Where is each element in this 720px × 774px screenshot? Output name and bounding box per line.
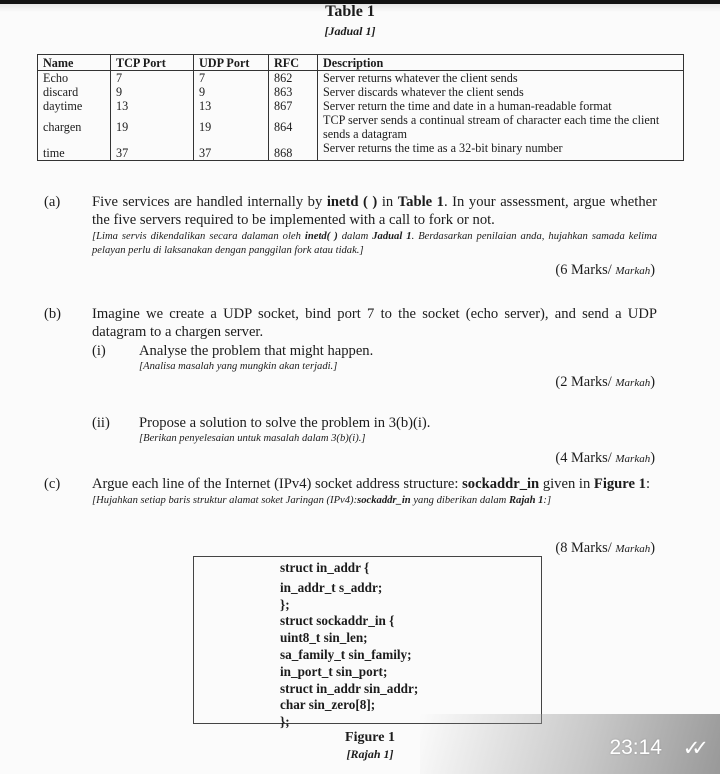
marks-malay: Markah — [615, 453, 650, 465]
header-rfc: RFC — [269, 55, 318, 71]
code-line: struct in_addr { — [280, 560, 418, 577]
cell-name: time — [38, 141, 111, 160]
table-row: chargen 19 19 864 TCP server sends a con… — [38, 113, 684, 141]
question-c-malay: [Hujahkan setiap baris struktur alamat s… — [92, 494, 657, 508]
malay-part: dalam — [338, 231, 372, 242]
cell-name: Echo — [38, 71, 111, 86]
header-name: Name — [38, 55, 111, 71]
question-c-text-part: : — [646, 476, 650, 492]
cell-udp-port: 19 — [194, 113, 269, 141]
question-b-ii: Propose a solution to solve the problem … — [139, 414, 639, 446]
cell-tcp-port: 19 — [111, 113, 194, 141]
double-check-icon: ✓✓ — [683, 736, 700, 760]
question-b-i-label: (i) — [92, 343, 106, 360]
cell-rfc: 864 — [269, 113, 318, 141]
cell-udp-port: 13 — [194, 99, 269, 113]
cell-description: Server returns whatever the client sends — [318, 71, 684, 86]
code-line: char sin_zero[8]; — [280, 697, 418, 714]
cell-tcp-port: 7 — [111, 71, 194, 86]
code-line: }; — [280, 714, 418, 731]
marks-malay: Markah — [615, 377, 650, 389]
cell-description: TCP server sends a continual stream of c… — [318, 113, 684, 141]
inetd-term: inetd ( ) — [327, 194, 377, 210]
question-b-text: Imagine we create a UDP socket, bind por… — [92, 305, 657, 341]
cell-description: Server return the time and date in a hum… — [318, 99, 684, 113]
code-line: sa_family_t sin_family; — [280, 647, 418, 664]
marks-close: ) — [650, 262, 655, 278]
question-c-text-part: given in — [539, 476, 594, 492]
question-c-label: (c) — [44, 476, 60, 493]
marks-close: ) — [650, 540, 655, 556]
cell-rfc: 867 — [269, 99, 318, 113]
malay-bold: Rajah 1 — [509, 495, 543, 506]
question-c-text-part: Argue each line of the Internet (IPv4) s… — [92, 476, 462, 492]
question-b-i-malay: [Analisa masalah yang mungkin akan terja… — [139, 360, 639, 374]
table-title: Table 1 — [290, 3, 410, 21]
cell-rfc: 863 — [269, 85, 318, 99]
question-a-text-part: in — [377, 194, 397, 210]
table-row: time 37 37 868 Server returns the time a… — [38, 141, 684, 160]
cell-description: Server returns the time as a 32-bit bina… — [318, 141, 684, 160]
malay-part: [Lima servis dikendalikan secara dalaman… — [92, 231, 305, 242]
malay-bold: sockaddr_in — [357, 495, 411, 506]
code-line: }; — [280, 597, 418, 614]
malay-part: yang diberikan dalam — [411, 495, 509, 506]
figure-ref: Figure 1 — [594, 476, 646, 492]
question-a-text-part: Five services are handled internally by — [92, 194, 327, 210]
marks-text: (6 Marks/ — [555, 262, 615, 278]
timestamp-shade — [420, 714, 720, 774]
question-a-marks: (6 Marks/ Markah) — [555, 262, 655, 279]
table-header-row: Name TCP Port UDP Port RFC Description — [38, 55, 684, 71]
code-line: in_addr_t s_addr; — [280, 580, 418, 597]
cell-tcp-port: 9 — [111, 85, 194, 99]
table-row: Echo 7 7 862 Server returns whatever the… — [38, 71, 684, 86]
marks-malay: Markah — [615, 265, 650, 277]
question-b-label: (b) — [44, 306, 61, 323]
header-udp-port: UDP Port — [194, 55, 269, 71]
marks-close: ) — [650, 450, 655, 466]
question-b-ii-text: Propose a solution to solve the problem … — [139, 414, 639, 432]
cell-tcp-port: 13 — [111, 99, 194, 113]
figure-title: Figure 1 — [320, 730, 420, 746]
services-table: Name TCP Port UDP Port RFC Description E… — [37, 54, 684, 161]
table-row: daytime 13 13 867 Server return the time… — [38, 99, 684, 113]
cell-udp-port: 7 — [194, 71, 269, 86]
code-line: struct in_addr sin_addr; — [280, 681, 418, 698]
question-b-i: Analyse the problem that might happen. [… — [139, 342, 639, 374]
question-b-i-text: Analyse the problem that might happen. — [139, 342, 639, 360]
cell-name: daytime — [38, 99, 111, 113]
cell-rfc: 868 — [269, 141, 318, 160]
cell-udp-port: 37 — [194, 141, 269, 160]
cell-description: Server discards whatever the client send… — [318, 85, 684, 99]
malay-part: :] — [543, 495, 551, 506]
marks-text: (4 Marks/ — [555, 450, 615, 466]
question-a-malay: [Lima servis dikendalikan secara dalaman… — [92, 230, 657, 258]
question-c-marks: (8 Marks/ Markah) — [555, 540, 655, 557]
header-tcp-port: TCP Port — [111, 55, 194, 71]
header-description: Description — [318, 55, 684, 71]
sockaddr-term: sockaddr_in — [462, 476, 539, 492]
cell-rfc: 862 — [269, 71, 318, 86]
table-subtitle: [Jadual 1] — [290, 24, 410, 39]
figure-subtitle: [Rajah 1] — [320, 747, 420, 762]
question-c-text: Argue each line of the Internet (IPv4) s… — [92, 475, 657, 508]
code-block: struct in_addr { in_addr_t s_addr; }; st… — [280, 560, 418, 731]
message-timestamp: 23:14 — [609, 736, 662, 760]
question-b-ii-label: (ii) — [92, 415, 110, 432]
marks-text: (8 Marks/ — [555, 540, 615, 556]
question-a-text: Five services are handled internally by … — [92, 193, 657, 258]
malay-part: [Hujahkan setiap baris struktur alamat s… — [92, 495, 357, 506]
cell-udp-port: 9 — [194, 85, 269, 99]
cell-name: discard — [38, 85, 111, 99]
malay-bold: inetd( ) — [305, 231, 338, 242]
question-b-i-marks: (2 Marks/ Markah) — [555, 374, 655, 391]
question-b-ii-malay: [Berikan penyelesaian untuk masalah dala… — [139, 432, 639, 446]
cell-tcp-port: 37 — [111, 141, 194, 160]
malay-bold: Jadual 1 — [372, 231, 411, 242]
marks-close: ) — [650, 374, 655, 390]
code-line: in_port_t sin_port; — [280, 664, 418, 681]
table-ref: Table 1 — [398, 194, 444, 210]
question-b-ii-marks: (4 Marks/ Markah) — [555, 450, 655, 467]
question-a-label: (a) — [44, 194, 60, 211]
table-row: discard 9 9 863 Server discards whatever… — [38, 85, 684, 99]
cell-name: chargen — [38, 113, 111, 141]
marks-text: (2 Marks/ — [555, 374, 615, 390]
code-line: struct sockaddr_in { — [280, 613, 418, 630]
marks-malay: Markah — [615, 543, 650, 555]
code-line: uint8_t sin_len; — [280, 630, 418, 647]
